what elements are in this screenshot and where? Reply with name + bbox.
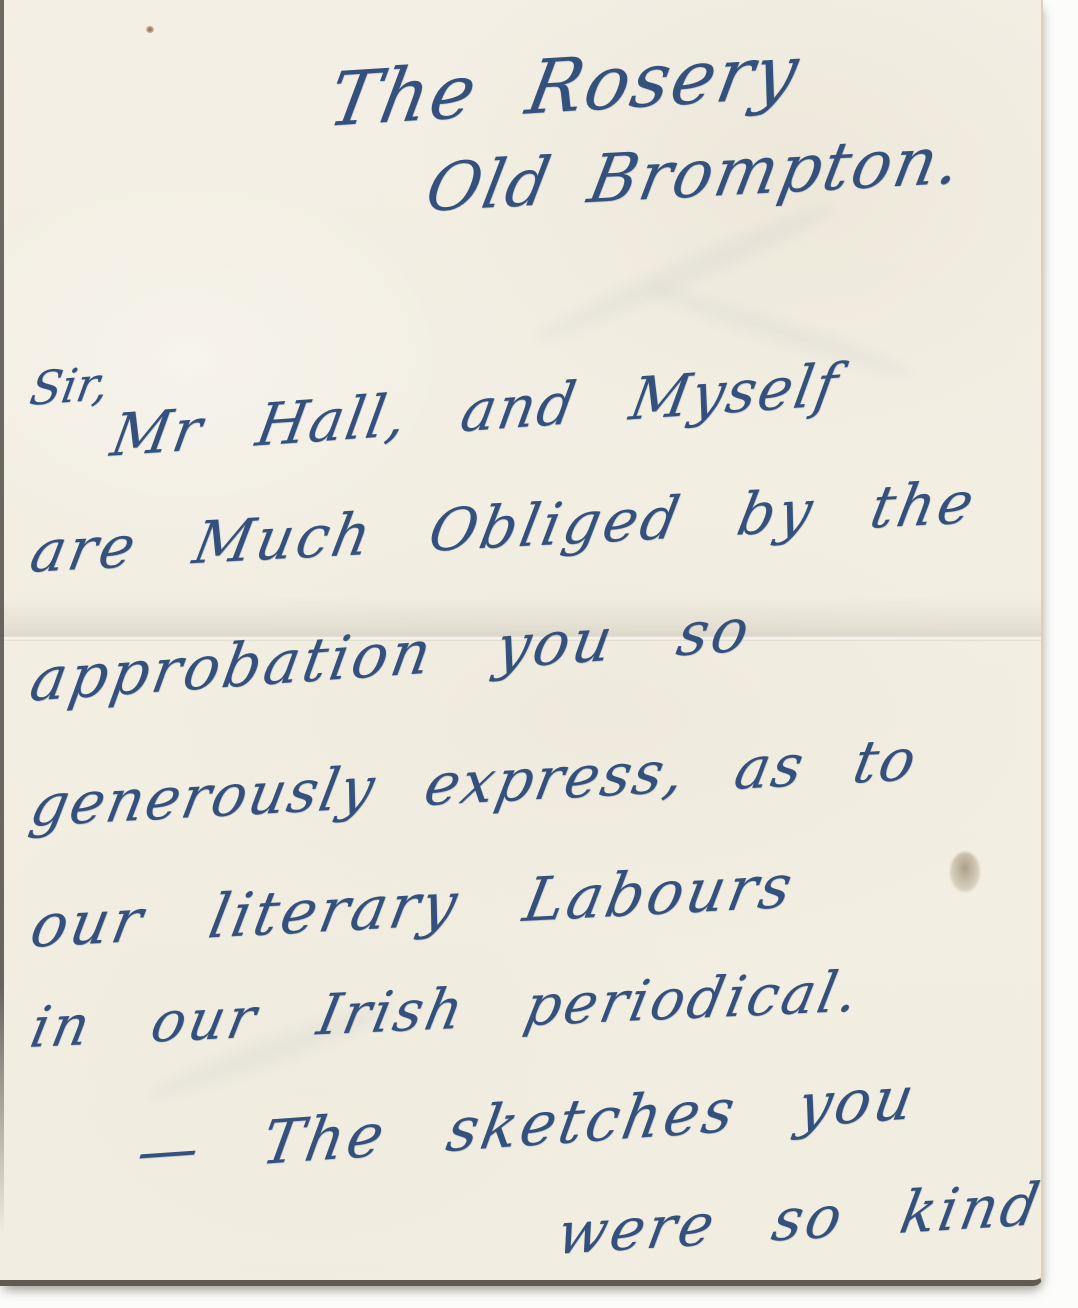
body-line-5: our literary Labours	[25, 851, 801, 962]
scanner-edge-strip	[0, 0, 4, 1235]
body-line-4: generously express, as to	[25, 725, 923, 840]
body-line-6: in our Irish periodical.	[25, 959, 867, 1061]
address-line-1: The Rosery	[322, 28, 807, 144]
paper-stain-large	[950, 852, 980, 892]
salutation: Sir,	[26, 356, 113, 416]
address-line-2: Old Brompton.	[420, 121, 969, 227]
letter-paper: The Rosery Old Brompton. Sir, Mr Hall, a…	[0, 0, 1043, 1286]
body-line-7: — The sketches you	[132, 1063, 922, 1188]
body-line-2: are Much Obliged by the	[25, 468, 982, 586]
paper-stain-small	[146, 26, 154, 33]
body-line-8: were so kind	[552, 1170, 1048, 1268]
body-line-1: Mr Hall, and Myself	[106, 350, 845, 470]
